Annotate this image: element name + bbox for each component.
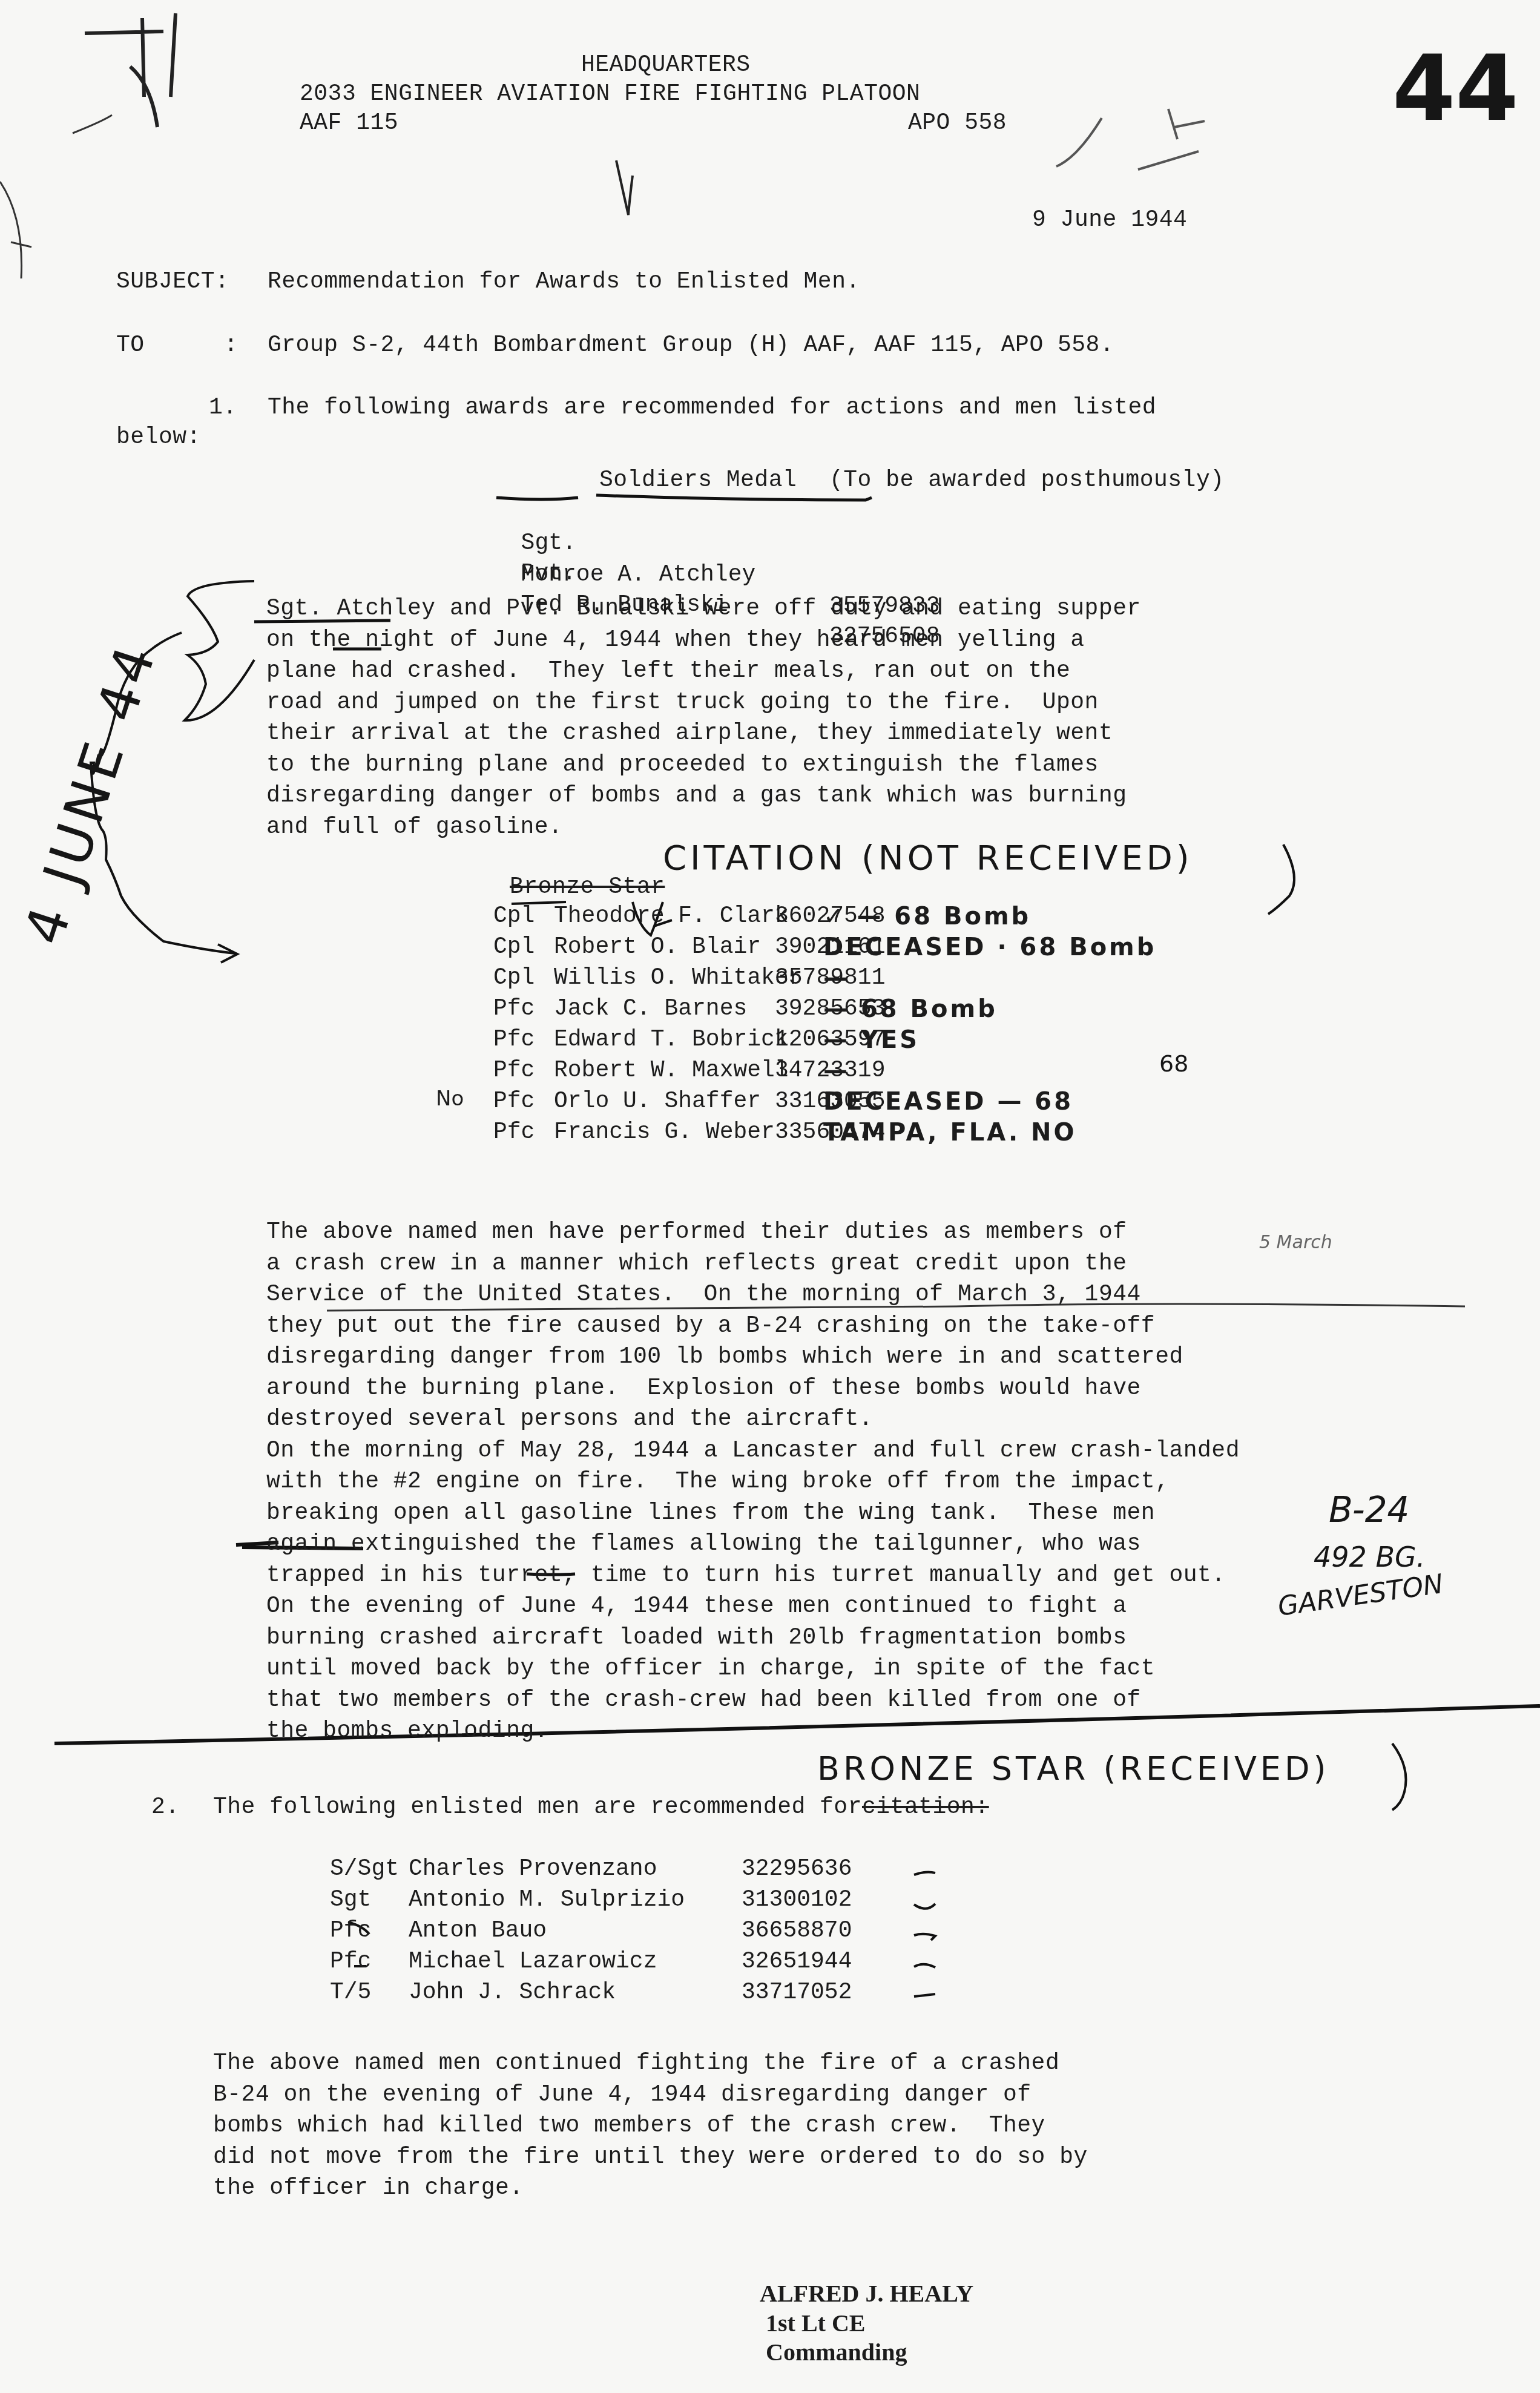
to-label: TO: [116, 330, 145, 361]
recipient-rank: Pfc: [493, 993, 554, 1025]
recipient-name: Robert O. Blair: [554, 932, 761, 963]
recipient-rank: Cpl: [493, 963, 554, 994]
recipient-rank: Pvt.: [521, 561, 576, 587]
narrative-line: a crash crew in a manner which reflects …: [266, 1248, 1127, 1280]
narrative-line: that two members of the crash-crew had b…: [266, 1685, 1141, 1716]
recipient-rank: Sgt: [330, 1884, 409, 1916]
signature-name: ALFRED J. HEALY: [760, 2278, 973, 2309]
narrative-line: the officer in charge.: [213, 2173, 524, 2204]
recipient-name: Orlo U. Shaffer: [554, 1086, 761, 1118]
handwritten-status-note: — YES: [823, 1024, 920, 1056]
narrative-line: Sgt. Atchley and Pvt. Bunalski were off …: [266, 593, 1141, 625]
recipient-name: Francis G. Weber: [554, 1117, 775, 1148]
recipient-name: Robert W. Maxwell: [554, 1055, 789, 1087]
narrative-line: with the #2 engine on fire. The wing bro…: [266, 1466, 1169, 1498]
recipient-row: CplWillis O. Whitaker35789811—: [493, 963, 802, 994]
letterhead-apo: APO 558: [908, 108, 1007, 139]
narrative-line: to the burning plane and proceeded to ex…: [266, 749, 1099, 781]
to-text: Group S-2, 44th Bombardment Group (H) AA…: [268, 330, 1114, 361]
subject-text: Recommendation for Awards to Enlisted Me…: [268, 266, 860, 298]
para2-text: The following enlisted men are recommend…: [213, 1792, 989, 1823]
handwritten-status-note: ✓ — 68 Bomb: [823, 901, 1031, 932]
narrative-line: Service of the United States. On the mor…: [266, 1279, 1141, 1311]
recipient-name: Theodore F. Clark: [554, 901, 789, 932]
para1-number: 1.: [209, 392, 237, 424]
narrative-line: B-24 on the evening of June 4, 1944 disr…: [213, 2079, 1032, 2111]
letterhead-unit: 2033 ENGINEER AVIATION FIRE FIGHTING PLA…: [300, 79, 920, 110]
handwritten-status-note: TAMPA, FLA. NO: [823, 1117, 1077, 1148]
recipient-row: PfcEdward T. Bobrick12063597— YES: [493, 1024, 789, 1056]
narrative-line: burning crashed aircraft loaded with 20l…: [266, 1622, 1127, 1654]
recipient-rank: S/Sgt: [330, 1854, 409, 1885]
recipient-serial: 32651944: [742, 1946, 852, 1978]
recipient-name: Antonio M. Sulprizio: [409, 1884, 685, 1916]
narrative-line: The above named men have performed their…: [266, 1217, 1127, 1248]
to-separator: :: [224, 330, 238, 361]
recipient-rank: Pfc: [493, 1086, 554, 1118]
narrative-line: the bombs exploding.: [266, 1716, 548, 1747]
signature-rank: 1st Lt CE: [766, 2308, 865, 2339]
recipient-serial: 33717052: [742, 1977, 852, 2009]
narrative-line: destroyed several persons and the aircra…: [266, 1404, 873, 1435]
recipient-rank: Pfc: [493, 1055, 554, 1087]
para2-struck-word: citation:: [862, 1794, 989, 1820]
para1-line1: The following awards are recommended for…: [268, 392, 1156, 424]
page-number-handwritten: 44: [1392, 36, 1519, 142]
recipient-rank: Pfc: [493, 1024, 554, 1056]
recipient-row: PfcOrlo U. Shaffer33163055DECEASED — 68: [493, 1086, 761, 1118]
recipient-rank: Pfc: [330, 1946, 409, 1978]
recipient-row: PfcMichael Lazarowicz32651944: [330, 1946, 657, 1978]
margin-note-b24: B-24: [1329, 1489, 1410, 1530]
recipient-name: Willis O. Whitaker: [554, 963, 802, 994]
recipient-name: Anton Bauo: [409, 1915, 547, 1947]
subject-label: SUBJECT:: [116, 266, 229, 298]
bronze-star-heading-struck: Bronze Star: [510, 872, 665, 903]
narrative-line: bombs which had killed two members of th…: [213, 2110, 1045, 2142]
recipient-row: PfcRobert W. Maxwell34723319—: [493, 1055, 789, 1087]
letterhead-headquarters: HEADQUARTERS: [581, 50, 751, 81]
narrative-line: On the evening of June 4, 1944 these men…: [266, 1591, 1127, 1622]
recipient-row: PfcAnton Bauo36658870: [330, 1915, 547, 1947]
recipient-rank: Cpl: [493, 901, 554, 932]
handwritten-status-note: DECEASED — 68: [823, 1086, 1073, 1118]
narrative-line: road and jumped on the first truck going…: [266, 687, 1099, 719]
soldiers-medal-heading: Soldiers Medal: [599, 465, 797, 496]
recipient-rank: T/5: [330, 1977, 409, 2009]
recipient-row: SgtAntonio M. Sulprizio31300102: [330, 1884, 685, 1916]
recipient-row: S/SgtCharles Provenzano32295636: [330, 1854, 657, 1885]
para2-number: 2.: [151, 1792, 180, 1823]
margin-note-492bg: 492 BG.: [1314, 1541, 1425, 1573]
handwritten-status-note: —: [823, 1055, 850, 1087]
citation-handwritten-heading: CITATION (NOT RECEIVED): [663, 838, 1193, 878]
recipient-name: Charles Provenzano: [409, 1854, 657, 1885]
narrative-line: around the burning plane. Explosion of t…: [266, 1373, 1141, 1404]
margin-note-5-march: 5 March: [1259, 1232, 1332, 1253]
narrative-line: on the night of June 4, 1944 when they h…: [266, 625, 1085, 656]
narrative-line: breaking open all gasoline lines from th…: [266, 1498, 1155, 1529]
signature-title: Commanding: [766, 2337, 907, 2368]
soldiers-medal-posthumous-note: (To be awarded posthumously): [829, 465, 1225, 496]
handwritten-status-note: — 68 Bomb: [823, 993, 998, 1025]
recipient-row: T/5John J. Schrack33717052: [330, 1977, 616, 2009]
narrative-line: they put out the fire caused by a B-24 c…: [266, 1311, 1155, 1342]
narrative-line: did not move from the fire until they we…: [213, 2142, 1088, 2173]
recipient-name: Michael Lazarowicz: [409, 1946, 657, 1978]
bronze-star-received-heading: BRONZE STAR (RECEIVED): [817, 1749, 1330, 1788]
narrative-line: On the morning of May 28, 1944 a Lancast…: [266, 1435, 1240, 1467]
narrative-line: disregarding danger from 100 lb bombs wh…: [266, 1341, 1183, 1373]
recipient-row: CplRobert O. Blair39021161DECEASED · 68 …: [493, 932, 761, 963]
narrative-line: their arrival at the crashed airplane, t…: [266, 718, 1113, 749]
recipient-name: John J. Schrack: [409, 1977, 616, 2009]
handwritten-status-note: —: [823, 963, 850, 994]
para2-text-main: The following enlisted men are recommend…: [213, 1794, 862, 1820]
narrative-line: disregarding danger of bombs and a gas t…: [266, 780, 1127, 812]
narrative-line: The above named men continued fighting t…: [213, 2048, 1059, 2079]
recipient-name: Edward T. Bobrick: [554, 1024, 789, 1056]
handwritten-status-note: DECEASED · 68 Bomb: [823, 932, 1156, 963]
recipient-row: PfcJack C. Barnes39285653— 68 Bomb: [493, 993, 747, 1025]
recipient-serial: 31300102: [742, 1884, 852, 1916]
recipient-rank: Pfc: [493, 1117, 554, 1148]
recipient-row: PfcFrancis G. Weber33560474TAMPA, FLA. N…: [493, 1117, 775, 1148]
margin-mark-68: 68: [1159, 1050, 1188, 1077]
recipient-serial: 32295636: [742, 1854, 852, 1885]
narrative-line: plane had crashed. They left their meals…: [266, 656, 1070, 687]
narrative-line: again extinguished the flames allowing t…: [266, 1529, 1141, 1560]
letterhead-aaf: AAF 115: [300, 108, 398, 139]
recipient-serial: 36658870: [742, 1915, 852, 1947]
narrative-line: trapped in his turret, time to turn his …: [266, 1560, 1226, 1591]
letter-date: 9 June 1944: [1032, 205, 1187, 236]
narrative-line: and full of gasoline.: [266, 812, 562, 843]
narrative-line: until moved back by the officer in charg…: [266, 1653, 1155, 1685]
recipient-rank: Cpl: [493, 932, 554, 963]
recipient-name: Jack C. Barnes: [554, 993, 747, 1025]
recipient-rank: Pfc: [330, 1915, 409, 1947]
para1-line2: below:: [116, 422, 201, 453]
margin-mark-no: No: [436, 1087, 464, 1111]
recipient-row: CplTheodore F. Clark36027548✓ — 68 Bomb: [493, 901, 789, 932]
